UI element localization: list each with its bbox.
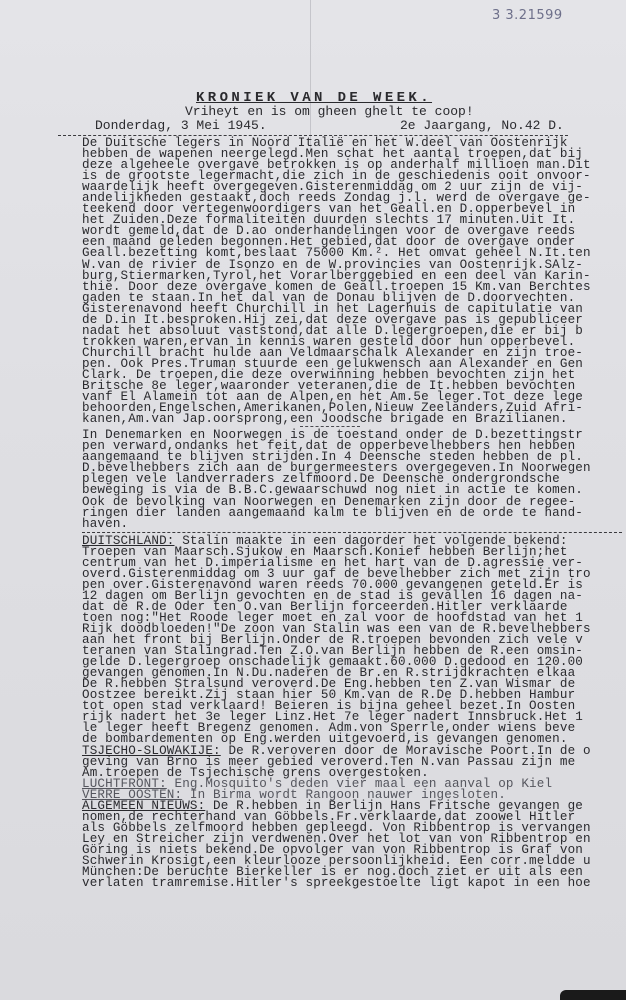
article-body: De Duitsche legers in Noord Italië en he… — [82, 138, 622, 889]
archive-number: 3 3.21599 — [492, 8, 563, 23]
scan-edge-shadow — [560, 990, 626, 1000]
text-line: verlaten tramremise.Hitler's spreekgesto… — [82, 878, 622, 889]
text-line: ringen dier landen aangemaand kalm te bl… — [82, 508, 622, 519]
paragraph-denemarken-noorwegen: In Denemarken en Noorwegen is de toestan… — [82, 430, 622, 529]
issue-date: Donderdag, 3 Mei 1945. — [95, 118, 267, 133]
section-tsjecho-slowakije: TSJECHO-SLOWAKIJE: De R.veroveren door d… — [82, 746, 622, 779]
newsletter-motto: Vriheyt en is om gheen ghelt te coop! — [185, 104, 474, 119]
text-line: kanen,Am.van Jap.oorsprong,een Joodsche … — [82, 414, 622, 425]
section-algemeen-nieuws: ALGEMEEN NIEUWS: De R.hebben in Berlijn … — [82, 801, 622, 889]
document-page: 3 3.21599 KRONIEK VAN DE WEEK. Vriheyt e… — [0, 0, 626, 1000]
text-line: haven. — [82, 519, 622, 530]
issue-number: 2e Jaargang, No.42 D. — [400, 118, 564, 133]
paper-fold-line — [310, 0, 311, 150]
paragraph-italie: De Duitsche legers in Noord Italië en he… — [82, 138, 622, 425]
paragraph-separator — [300, 426, 360, 427]
section-divider — [82, 532, 622, 533]
section-duitschland: DUITSCHLAND: Stalin maakte in een dagord… — [82, 536, 622, 746]
